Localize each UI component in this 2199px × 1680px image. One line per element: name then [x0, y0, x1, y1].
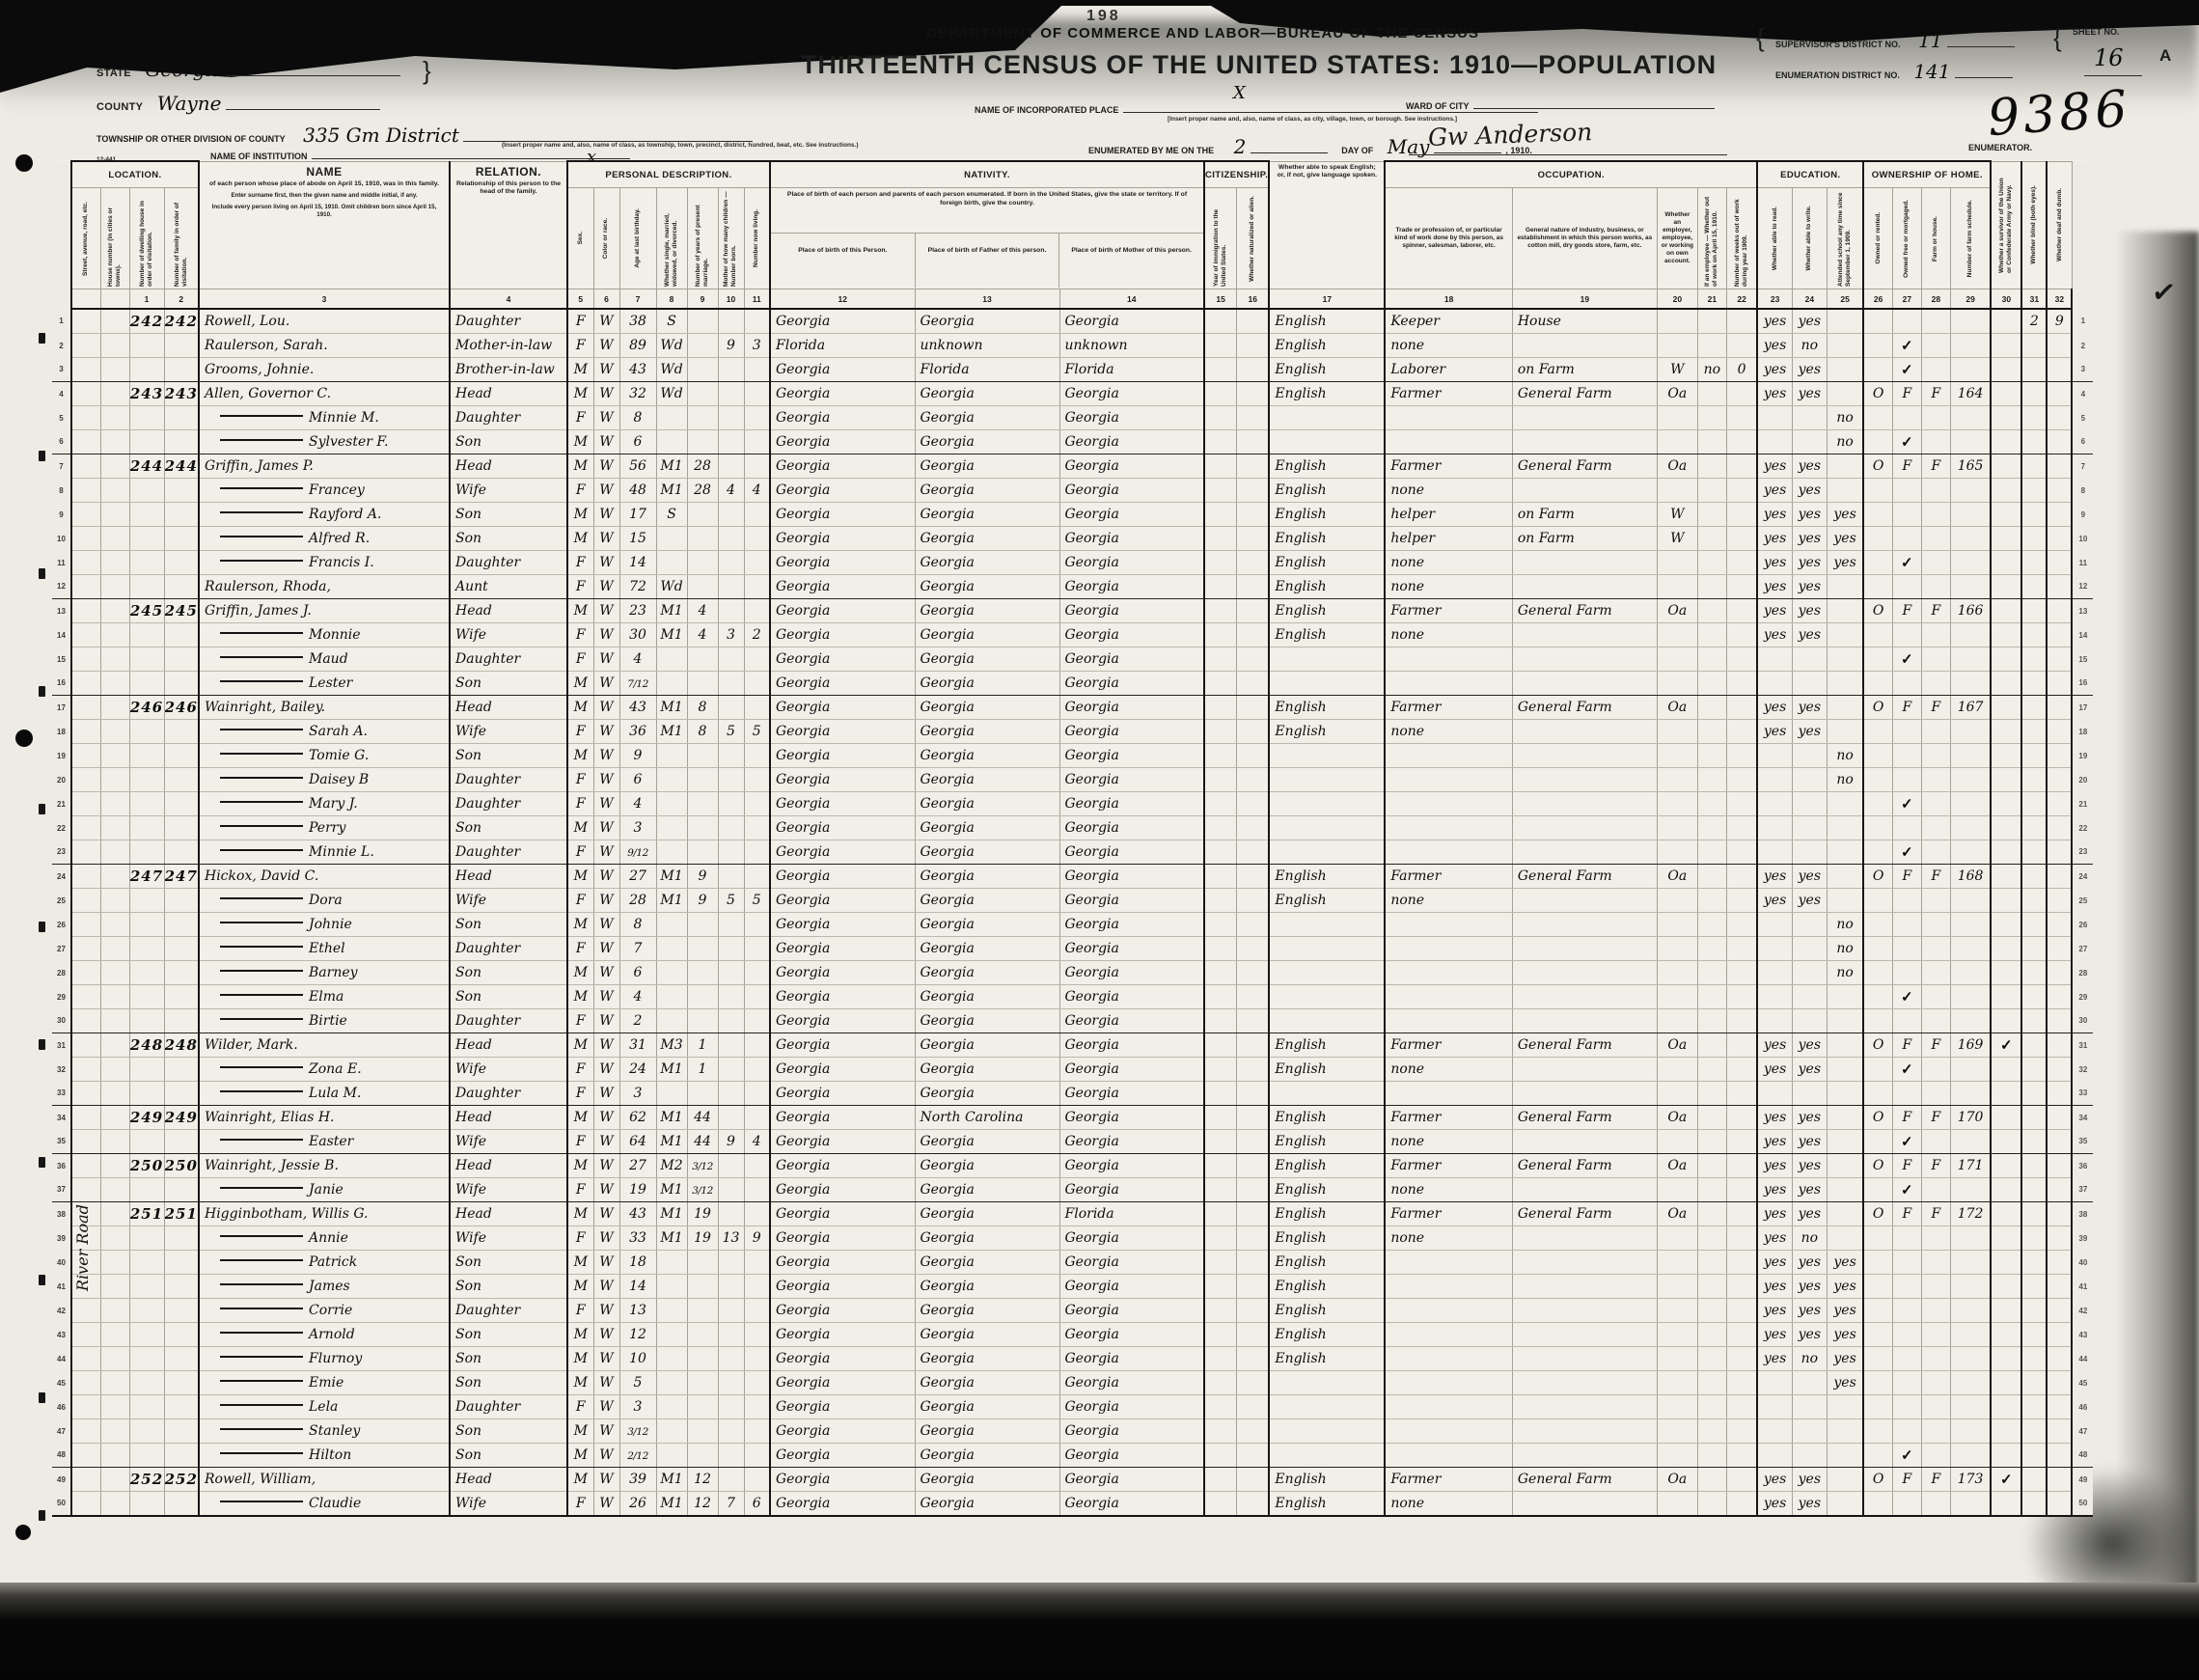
- margin-tick: [39, 922, 45, 932]
- column-header-father_birthplace: Place of birth of Father of this person.: [915, 234, 1059, 288]
- cell-free_mortgaged: [1892, 1275, 1921, 1299]
- cell-weeks_out: [1726, 647, 1757, 672]
- cell-farm_house: [1921, 985, 1950, 1009]
- cell-out_of_work: [1697, 1251, 1726, 1275]
- cell-civil_war: [1991, 1202, 2021, 1226]
- cell-house_number: [100, 479, 129, 503]
- cell-name: Grooms, Johnie.: [199, 358, 450, 382]
- cell-birthplace: Georgia: [770, 575, 915, 599]
- cell-years_married: [687, 961, 718, 985]
- cell-street: [71, 430, 100, 454]
- cell-color: W: [593, 454, 619, 479]
- cell-weeks_out: [1726, 865, 1757, 889]
- cell-immigration_year: [1204, 430, 1237, 454]
- cell-sex: M: [567, 454, 593, 479]
- cell-deaf: [2047, 382, 2072, 406]
- cell-trade: helper: [1385, 503, 1512, 527]
- cell-color: W: [593, 1009, 619, 1033]
- enumerated-prefix: ENUMERATED BY ME ON THE: [1088, 146, 1214, 155]
- cell-house_number: [100, 1492, 129, 1517]
- cell-trade: [1385, 1275, 1512, 1299]
- cell-out_of_work: no: [1697, 358, 1726, 382]
- cell-marital: [656, 430, 687, 454]
- cell-street: [71, 575, 100, 599]
- cell-years_married: [687, 672, 718, 696]
- column-header-house_number: House number (in cities or towns).: [100, 188, 129, 289]
- cell-weeks_out: [1726, 1226, 1757, 1251]
- line-number-left: 40: [52, 1251, 71, 1275]
- cell-farm_schedule: [1950, 430, 1991, 454]
- cell-color: W: [593, 575, 619, 599]
- cell-children_born: [718, 768, 744, 792]
- cell-weeks_out: [1726, 1492, 1757, 1517]
- cell-employer: [1657, 1323, 1697, 1347]
- cell-children_living: [744, 430, 770, 454]
- cell-house_number: [100, 961, 129, 985]
- cell-naturalized: [1237, 454, 1270, 479]
- cell-english: [1269, 1082, 1385, 1106]
- cell-name: Sarah A.: [199, 720, 450, 744]
- cell-color: W: [593, 1106, 619, 1130]
- cell-years_married: [687, 985, 718, 1009]
- cell-civil_war: [1991, 1347, 2021, 1371]
- cell-naturalized: [1237, 937, 1270, 961]
- cell-free_mortgaged: F: [1892, 696, 1921, 720]
- cell-write: yes: [1792, 551, 1827, 575]
- hole-punch: [15, 154, 33, 172]
- cell-dwelling: [129, 913, 164, 937]
- table-row: 32Zona E.WifeFW24M11GeorgiaGeorgiaGeorgi…: [52, 1058, 2093, 1082]
- cell-birthplace: Georgia: [770, 1178, 915, 1202]
- cell-age: 39: [619, 1468, 656, 1492]
- line-number-left: 19: [52, 744, 71, 768]
- cell-employer: [1657, 744, 1697, 768]
- cell-children_born: 3: [718, 623, 744, 647]
- cell-relation: Son: [450, 1371, 567, 1395]
- cell-dwelling: [129, 985, 164, 1009]
- cell-mother_birthplace: Georgia: [1059, 696, 1204, 720]
- cell-sex: M: [567, 1202, 593, 1226]
- cell-father_birthplace: Georgia: [915, 309, 1059, 334]
- cell-years_married: [687, 1251, 718, 1275]
- cell-english: [1269, 1371, 1385, 1395]
- cell-father_birthplace: Georgia: [915, 1251, 1059, 1275]
- cell-farm_house: F: [1921, 454, 1950, 479]
- cell-marital: Wd: [656, 334, 687, 358]
- line-number-left: 35: [52, 1130, 71, 1154]
- line-number-right: 48: [2072, 1444, 2093, 1468]
- cell-children_living: [744, 454, 770, 479]
- cell-children_born: [718, 696, 744, 720]
- cell-write: yes: [1792, 1106, 1827, 1130]
- cell-out_of_work: [1697, 1082, 1726, 1106]
- cell-trade: [1385, 1419, 1512, 1444]
- cell-marital: [656, 1251, 687, 1275]
- cell-age: 9/12: [619, 840, 656, 865]
- table-row: 6Sylvester F.SonMW6GeorgiaGeorgiaGeorgia…: [52, 430, 2093, 454]
- cell-english: [1269, 744, 1385, 768]
- column-header-school: Attended school any time since September…: [1827, 188, 1863, 289]
- line-number-left: 12: [52, 575, 71, 599]
- group-header-occupation: OCCUPATION.: [1385, 161, 1757, 188]
- cell-marital: [656, 647, 687, 672]
- cell-birthplace: Georgia: [770, 840, 915, 865]
- cell-civil_war: [1991, 1082, 2021, 1106]
- cell-free_mortgaged: ✓: [1892, 334, 1921, 358]
- cell-immigration_year: [1204, 1226, 1237, 1251]
- line-number-left: 7: [52, 454, 71, 479]
- margin-tick: [39, 1510, 45, 1521]
- cell-free_mortgaged: F: [1892, 1202, 1921, 1226]
- cell-weeks_out: [1726, 1130, 1757, 1154]
- table-row: 7244244Griffin, James P.HeadMW56M128Geor…: [52, 454, 2093, 479]
- cell-relation: Brother-in-law: [450, 358, 567, 382]
- line-number-left: 3: [52, 358, 71, 382]
- cell-sex: F: [567, 768, 593, 792]
- cell-english: [1269, 913, 1385, 937]
- cell-blind: [2021, 406, 2047, 430]
- cell-farm_schedule: [1950, 1299, 1991, 1323]
- cell-write: [1792, 816, 1827, 840]
- cell-family: [164, 1492, 199, 1517]
- cell-marital: M3: [656, 1033, 687, 1058]
- table-row: 48HiltonSonMW2/12GeorgiaGeorgiaGeorgia✓4…: [52, 1444, 2093, 1468]
- cell-years_married: [687, 551, 718, 575]
- cell-free_mortgaged: ✓: [1892, 430, 1921, 454]
- line-number-right: 45: [2072, 1371, 2093, 1395]
- cell-age: 3: [619, 816, 656, 840]
- cell-free_mortgaged: [1892, 309, 1921, 334]
- cell-weeks_out: [1726, 937, 1757, 961]
- cell-relation: Son: [450, 430, 567, 454]
- cell-farm_house: F: [1921, 599, 1950, 623]
- cell-employer: [1657, 913, 1697, 937]
- cell-farm_schedule: [1950, 672, 1991, 696]
- cell-free_mortgaged: [1892, 479, 1921, 503]
- cell-family: [164, 1275, 199, 1299]
- cell-street: [71, 1468, 100, 1492]
- cell-children_living: [744, 672, 770, 696]
- census-scan-page: 198 STATE Georgia } COUNTY Wayne TOWNSHI…: [0, 0, 2199, 1680]
- cell-english: English: [1269, 575, 1385, 599]
- cell-sex: F: [567, 792, 593, 816]
- cell-weeks_out: [1726, 527, 1757, 551]
- cell-school: [1827, 672, 1863, 696]
- cell-marital: [656, 1371, 687, 1395]
- cell-birthplace: Georgia: [770, 1009, 915, 1033]
- cell-blind: [2021, 1419, 2047, 1444]
- cell-farm_schedule: [1950, 1444, 1991, 1468]
- cell-children_living: [744, 961, 770, 985]
- line-number-right: 37: [2072, 1178, 2093, 1202]
- cell-immigration_year: [1204, 913, 1237, 937]
- cell-marital: Wd: [656, 358, 687, 382]
- cell-civil_war: [1991, 382, 2021, 406]
- line-number-left: 29: [52, 985, 71, 1009]
- cell-deaf: [2047, 889, 2072, 913]
- cell-house_number: [100, 985, 129, 1009]
- cell-blind: [2021, 358, 2047, 382]
- cell-birthplace: Georgia: [770, 309, 915, 334]
- cell-family: [164, 937, 199, 961]
- cell-house_number: [100, 503, 129, 527]
- cell-industry: [1512, 479, 1657, 503]
- cell-civil_war: [1991, 792, 2021, 816]
- cell-years_married: [687, 937, 718, 961]
- cell-sex: F: [567, 1226, 593, 1251]
- table-row: 18Sarah A.WifeFW36M1855GeorgiaGeorgiaGeo…: [52, 720, 2093, 744]
- cell-years_married: 44: [687, 1130, 718, 1154]
- cell-deaf: [2047, 720, 2072, 744]
- cell-blind: [2021, 430, 2047, 454]
- cell-free_mortgaged: [1892, 937, 1921, 961]
- line-number-left: 41: [52, 1275, 71, 1299]
- state-label: STATE: [96, 68, 131, 79]
- cell-school: yes: [1827, 503, 1863, 527]
- cell-employer: W: [1657, 358, 1697, 382]
- cell-house_number: [100, 1275, 129, 1299]
- cell-read: [1757, 937, 1792, 961]
- cell-industry: [1512, 1226, 1657, 1251]
- cell-naturalized: [1237, 696, 1270, 720]
- cell-civil_war: [1991, 358, 2021, 382]
- cell-employer: Oa: [1657, 1106, 1697, 1130]
- cell-relation: Wife: [450, 479, 567, 503]
- column-number-blind: 31: [2021, 289, 2047, 310]
- cell-farm_schedule: [1950, 527, 1991, 551]
- cell-name: Mary J.: [199, 792, 450, 816]
- cell-weeks_out: [1726, 696, 1757, 720]
- cell-read: yes: [1757, 720, 1792, 744]
- cell-family: [164, 575, 199, 599]
- cell-father_birthplace: Georgia: [915, 1226, 1059, 1251]
- cell-sex: F: [567, 1492, 593, 1517]
- table-row: 17246246Wainright, Bailey.HeadMW43M18Geo…: [52, 696, 2093, 720]
- cell-color: W: [593, 1395, 619, 1419]
- table-row: 44FlurnoySonMW10GeorgiaGeorgiaGeorgiaEng…: [52, 1347, 2093, 1371]
- line-number-left: 50: [52, 1492, 71, 1517]
- cell-naturalized: [1237, 1130, 1270, 1154]
- cell-children_born: [718, 816, 744, 840]
- cell-out_of_work: [1697, 1444, 1726, 1468]
- cell-color: W: [593, 1444, 619, 1468]
- cell-industry: [1512, 1371, 1657, 1395]
- cell-father_birthplace: Georgia: [915, 865, 1059, 889]
- cell-english: English: [1269, 1275, 1385, 1299]
- cell-immigration_year: [1204, 696, 1237, 720]
- cell-marital: M1: [656, 1226, 687, 1251]
- cell-write: yes: [1792, 479, 1827, 503]
- cell-family: 250: [164, 1154, 199, 1178]
- cell-name: Francis I.: [199, 551, 450, 575]
- cell-children_born: 5: [718, 720, 744, 744]
- cell-children_living: [744, 1347, 770, 1371]
- table-row: 38251251Higginbotham, Willis G.HeadMW43M…: [52, 1202, 2093, 1226]
- cell-house_number: [100, 647, 129, 672]
- cell-house_number: [100, 1058, 129, 1082]
- cell-children_living: [744, 1395, 770, 1419]
- column-header-deaf: Whether deaf and dumb.: [2047, 161, 2072, 289]
- cell-children_born: [718, 744, 744, 768]
- cell-sex: M: [567, 865, 593, 889]
- cell-naturalized: [1237, 599, 1270, 623]
- cell-family: [164, 623, 199, 647]
- cell-write: no: [1792, 1226, 1827, 1251]
- cell-sex: F: [567, 623, 593, 647]
- cell-free_mortgaged: F: [1892, 865, 1921, 889]
- cell-name: Monnie: [199, 623, 450, 647]
- cell-age: 3/12: [619, 1419, 656, 1444]
- cell-house_number: [100, 1202, 129, 1226]
- cell-mother_birthplace: Georgia: [1059, 744, 1204, 768]
- cell-owned_rented: [1863, 623, 1892, 647]
- line-number-left: 10: [52, 527, 71, 551]
- cell-farm_house: F: [1921, 382, 1950, 406]
- table-row: 23Minnie L.DaughterFW9/12GeorgiaGeorgiaG…: [52, 840, 2093, 865]
- cell-mother_birthplace: Georgia: [1059, 1251, 1204, 1275]
- column-header-color: Color or race.: [593, 188, 619, 289]
- cell-street: [71, 551, 100, 575]
- table-row: 22PerrySonMW3GeorgiaGeorgiaGeorgia22: [52, 816, 2093, 840]
- cell-dwelling: [129, 1299, 164, 1323]
- cell-immigration_year: [1204, 1419, 1237, 1444]
- cell-free_mortgaged: ✓: [1892, 1444, 1921, 1468]
- line-number-right: 16: [2072, 672, 2093, 696]
- cell-deaf: [2047, 647, 2072, 672]
- cell-industry: [1512, 720, 1657, 744]
- cell-dwelling: [129, 623, 164, 647]
- cell-birthplace: Georgia: [770, 937, 915, 961]
- cell-out_of_work: [1697, 1468, 1726, 1492]
- cell-name: Elma: [199, 985, 450, 1009]
- cell-farm_schedule: [1950, 1275, 1991, 1299]
- cell-industry: General Farm: [1512, 865, 1657, 889]
- cell-english: [1269, 840, 1385, 865]
- line-number-right: 49: [2072, 1468, 2093, 1492]
- cell-civil_war: [1991, 889, 2021, 913]
- cell-blind: [2021, 599, 2047, 623]
- cell-family: [164, 1347, 199, 1371]
- cell-farm_schedule: [1950, 1226, 1991, 1251]
- cell-farm_house: [1921, 1130, 1950, 1154]
- cell-house_number: [100, 1130, 129, 1154]
- line-number-left: 26: [52, 913, 71, 937]
- cell-mother_birthplace: Georgia: [1059, 1082, 1204, 1106]
- cell-sex: M: [567, 1251, 593, 1275]
- cell-color: W: [593, 913, 619, 937]
- cell-father_birthplace: Georgia: [915, 1468, 1059, 1492]
- cell-industry: General Farm: [1512, 1202, 1657, 1226]
- cell-owned_rented: [1863, 913, 1892, 937]
- cell-write: no: [1792, 1347, 1827, 1371]
- cell-english: English: [1269, 1033, 1385, 1058]
- cell-relation: Daughter: [450, 937, 567, 961]
- cell-weeks_out: [1726, 1275, 1757, 1299]
- cell-trade: none: [1385, 334, 1512, 358]
- cell-immigration_year: [1204, 1444, 1237, 1468]
- cell-industry: [1512, 1130, 1657, 1154]
- cell-out_of_work: [1697, 744, 1726, 768]
- cell-father_birthplace: Georgia: [915, 1395, 1059, 1419]
- cell-free_mortgaged: F: [1892, 382, 1921, 406]
- cell-marital: [656, 1347, 687, 1371]
- cell-relation: Daughter: [450, 309, 567, 334]
- cell-family: [164, 1323, 199, 1347]
- township-label: TOWNSHIP OR OTHER DIVISION OF COUNTY: [96, 134, 286, 144]
- cell-years_married: [687, 1347, 718, 1371]
- cell-civil_war: [1991, 865, 2021, 889]
- cell-read: yes: [1757, 358, 1792, 382]
- cell-owned_rented: O: [1863, 1202, 1892, 1226]
- cell-color: W: [593, 672, 619, 696]
- cell-family: 248: [164, 1033, 199, 1058]
- table-row: 30BirtieDaughterFW2GeorgiaGeorgiaGeorgia…: [52, 1009, 2093, 1033]
- cell-read: yes: [1757, 1154, 1792, 1178]
- cell-house_number: [100, 913, 129, 937]
- margin-tick: [39, 1275, 45, 1285]
- cell-employer: [1657, 840, 1697, 865]
- cell-years_married: [687, 1371, 718, 1395]
- cell-mother_birthplace: Georgia: [1059, 913, 1204, 937]
- cell-mother_birthplace: Georgia: [1059, 1492, 1204, 1517]
- cell-trade: none: [1385, 889, 1512, 913]
- cell-children_born: [718, 1251, 744, 1275]
- cell-free_mortgaged: [1892, 1347, 1921, 1371]
- cell-deaf: [2047, 672, 2072, 696]
- cell-immigration_year: [1204, 1395, 1237, 1419]
- cell-write: [1792, 1082, 1827, 1106]
- cell-owned_rented: [1863, 551, 1892, 575]
- cell-birthplace: Georgia: [770, 1347, 915, 1371]
- cell-out_of_work: [1697, 985, 1726, 1009]
- cell-children_living: 5: [744, 889, 770, 913]
- cell-naturalized: [1237, 840, 1270, 865]
- cell-mother_birthplace: Georgia: [1059, 720, 1204, 744]
- cell-school: [1827, 1154, 1863, 1178]
- cell-father_birthplace: Georgia: [915, 1419, 1059, 1444]
- cell-children_born: [718, 358, 744, 382]
- column-number-name: 3: [199, 289, 450, 310]
- cell-age: 32: [619, 382, 656, 406]
- cell-english: [1269, 937, 1385, 961]
- cell-dwelling: [129, 1395, 164, 1419]
- cell-deaf: [2047, 1371, 2072, 1395]
- cell-house_number: [100, 937, 129, 961]
- cell-out_of_work: [1697, 647, 1726, 672]
- cell-sex: M: [567, 1444, 593, 1468]
- incorporated-x-mark: X: [1233, 83, 1246, 103]
- cell-name: Allen, Governor C.: [199, 382, 450, 406]
- cell-children_born: [718, 647, 744, 672]
- column-number-civil_war: 30: [1991, 289, 2021, 310]
- cell-write: yes: [1792, 382, 1827, 406]
- cell-civil_war: [1991, 1492, 2021, 1517]
- cell-dwelling: [129, 1419, 164, 1444]
- line-number-right: 20: [2072, 768, 2093, 792]
- cell-farm_schedule: [1950, 889, 1991, 913]
- cell-house_number: [100, 816, 129, 840]
- cell-age: 7: [619, 937, 656, 961]
- cell-trade: [1385, 1299, 1512, 1323]
- cell-mother_birthplace: Georgia: [1059, 1371, 1204, 1395]
- supervisor-value: 11: [1918, 29, 1942, 52]
- cell-house_number: [100, 334, 129, 358]
- cell-blind: [2021, 937, 2047, 961]
- cell-children_born: [718, 1106, 744, 1130]
- cell-farm_schedule: [1950, 985, 1991, 1009]
- cell-street: [71, 1371, 100, 1395]
- cell-birthplace: Georgia: [770, 623, 915, 647]
